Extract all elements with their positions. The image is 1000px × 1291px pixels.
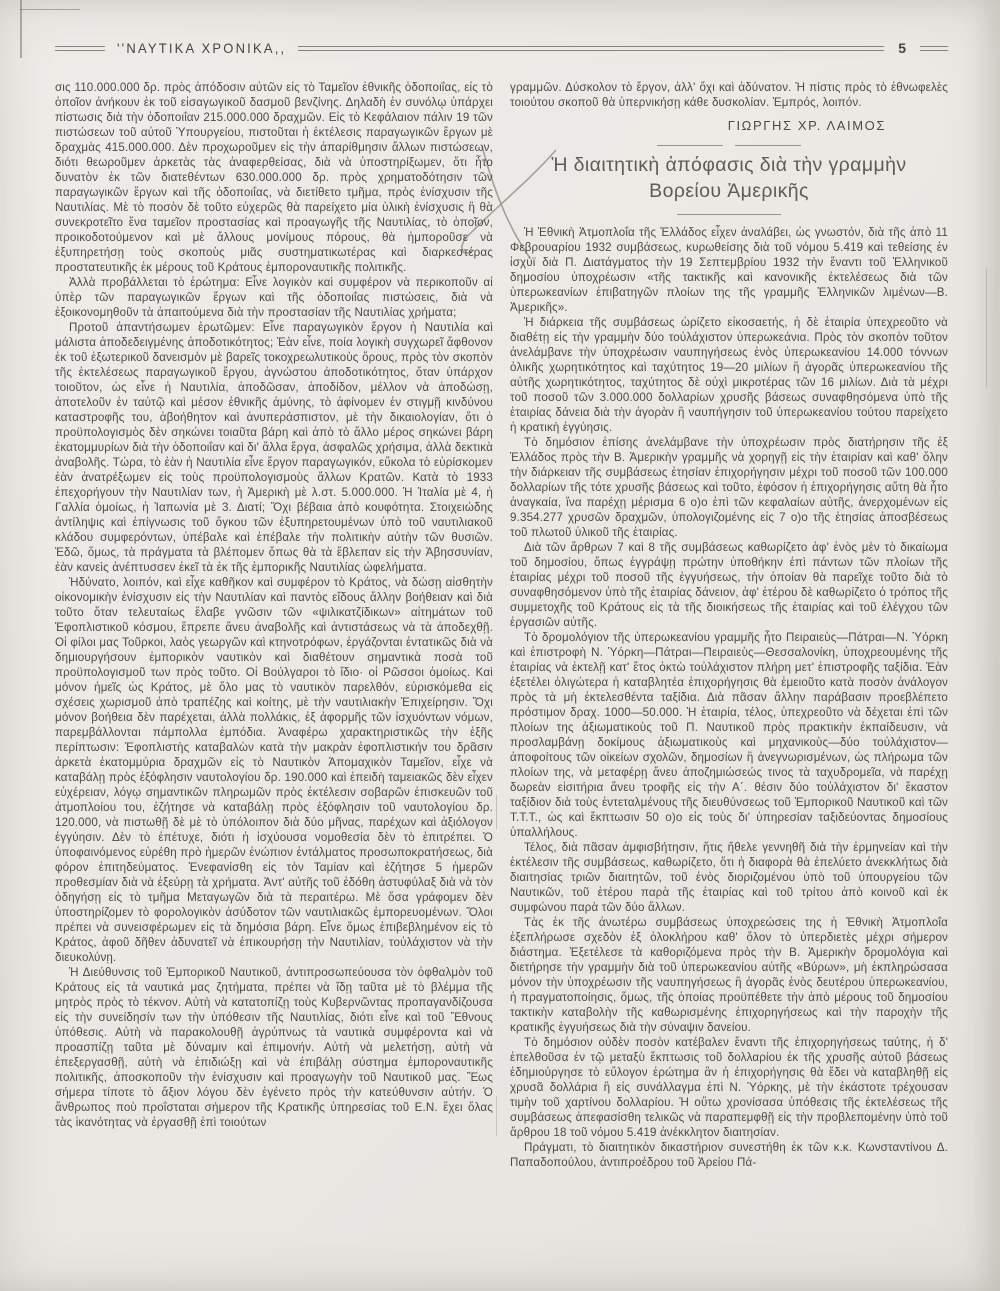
page-header: ''ΝΑΥΤΙΚΑ ΧΡΟΝΙΚΑ,, 5 [55,40,948,56]
article-paragraph: Ἡ διάρκεια τῆς συμβάσεως ὡρίζετο εἰκοσαε… [510,315,948,435]
article-paragraph: γραμμῶν. Δύσκολον τὸ ἔργον, ἀλλ' ὄχι καὶ… [510,80,948,110]
article-paragraph: Ἡ Ἐθνικὴ Ἀτμοπλοΐα τῆς Ἑλλάδος εἶχεν ἀνα… [510,225,948,315]
header-rule-left [55,46,105,51]
article-title-line1: Ἡ διαιτητικὴ ἀπόφασις διὰ τὴν γραμμὴν [551,154,906,176]
article-paragraph: Ἠδύνατο, λοιπόν, καὶ εἶχε καθῆκον καὶ συ… [55,575,493,965]
article-paragraph: Τὰς ἐκ τῆς ἀνωτέρω συμβάσεως ὑποχρεώσεις… [510,915,948,1035]
article-paragraph: Τέλος, διὰ πᾶσαν ἀμφισβήτησιν, ἥτις ἤθελ… [510,840,948,915]
left-column: σις 110.000.000 δρ. πρὸς ἀπόδοσιν αὐτῶν … [55,80,493,1170]
scan-artifact-line [986,268,987,388]
scan-artifact-line [20,9,80,10]
text-columns: σις 110.000.000 δρ. πρὸς ἀπόδοσιν αὐτῶν … [55,80,948,1170]
header-rule-right [920,46,948,51]
article-paragraph: Τὸ δημόσιον ἐπίσης ἀνελάμβανε τὴν ὑποχρέ… [510,435,948,540]
article-paragraph: Τὸ δρομολόγιον τῆς ὑπερωκεανίου γραμμῆς … [510,630,948,840]
article-paragraph: σις 110.000.000 δρ. πρὸς ἀπόδοσιν αὐτῶν … [55,80,493,275]
author-signature: ΓΙΩΡΓΗΣ ΧΡ. ΛΑΙΜΟΣ [510,118,886,133]
article-paragraph: Ἡ Διεύθυνσις τοῦ Ἐμπορικοῦ Ναυτικοῦ, ἀντ… [55,965,493,1130]
article-paragraph: Τὸ δημόσιον οὐδὲν ποσὸν κατέβαλεν ἔναντι… [510,1035,948,1140]
article-title: Ἡ διαιτητικὴ ἀπόφασις διὰ τὴν γραμμὴν Βο… [510,152,948,205]
right-column: γραμμῶν. Δύσκολον τὸ ἔργον, ἀλλ' ὄχι καὶ… [510,80,948,1170]
magazine-page: ''ΝΑΥΤΙΚΑ ΧΡΟΝΙΚΑ,, 5 σις 110.000.000 δρ… [0,0,1000,1291]
header-rule-middle [298,46,884,51]
article-paragraph: Πράγματι, τὸ διαιτητικὸν δικαστήριον συν… [510,1140,948,1170]
masthead-title: ''ΝΑΥΤΙΚΑ ΧΡΟΝΙΚΑ,, [117,40,286,56]
article-paragraph: Προτοῦ ἀπαντήσωμεν ἐρωτῶμεν: Εἶνε παραγω… [55,320,493,575]
separator-rule [677,214,781,215]
article-paragraph: Διὰ τῶν ἄρθρων 7 καὶ 8 τῆς συμβάσεως καθ… [510,540,948,630]
article-title-line2: Βορείου Ἀμερικῆς [649,180,809,202]
separator-rule [510,145,948,146]
article-paragraph: Ἀλλὰ προβάλλεται τὸ ἐρώτημα: Εἶνε λογικὸ… [55,275,493,320]
page-number: 5 [896,40,908,56]
